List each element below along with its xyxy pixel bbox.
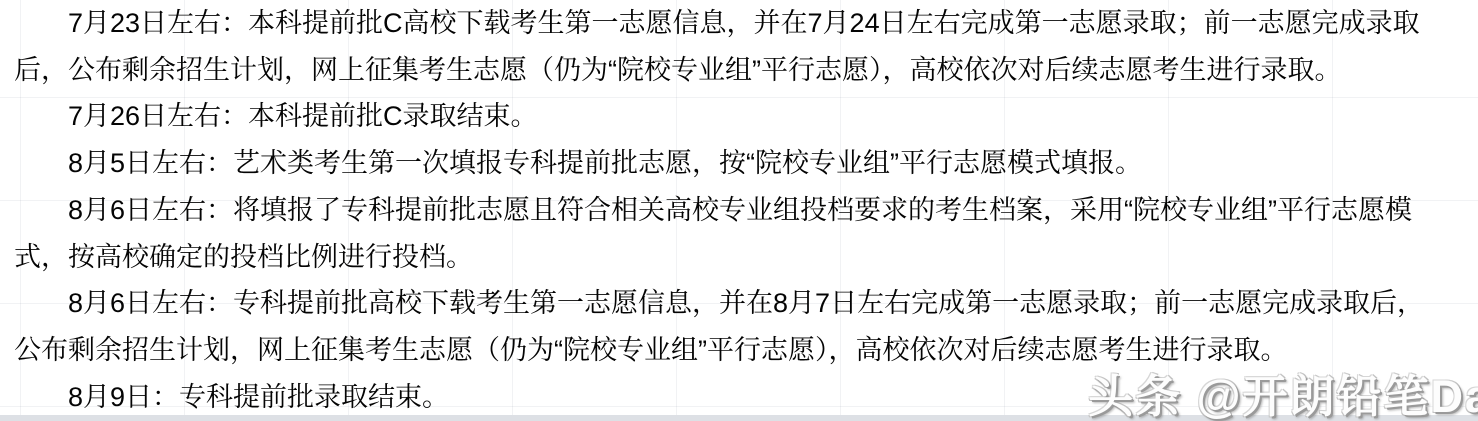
paragraph-schedule-jul26: 7月26日左右：本科提前批C录取结束。 xyxy=(14,93,1448,140)
paragraph-schedule-jul23: 7月23日左右：本科提前批C高校下载考生第一志愿信息，并在7月24日左右完成第一… xyxy=(14,0,1448,93)
paragraph-schedule-aug6-filing: 8月6日左右：将填报了专科提前批志愿且符合相关高校专业组投档要求的考生档案，采用… xyxy=(14,187,1448,280)
toutiao-watermark: 头条 @开朗铅笔Da xyxy=(1088,360,1478,421)
paragraph-schedule-aug5: 8月5日左右：艺术类考生第一次填报专科提前批志愿，按“院校专业组”平行志愿模式填… xyxy=(14,140,1448,187)
article-body: 7月23日左右：本科提前批C高校下载考生第一志愿信息，并在7月24日左右完成第一… xyxy=(14,0,1448,420)
